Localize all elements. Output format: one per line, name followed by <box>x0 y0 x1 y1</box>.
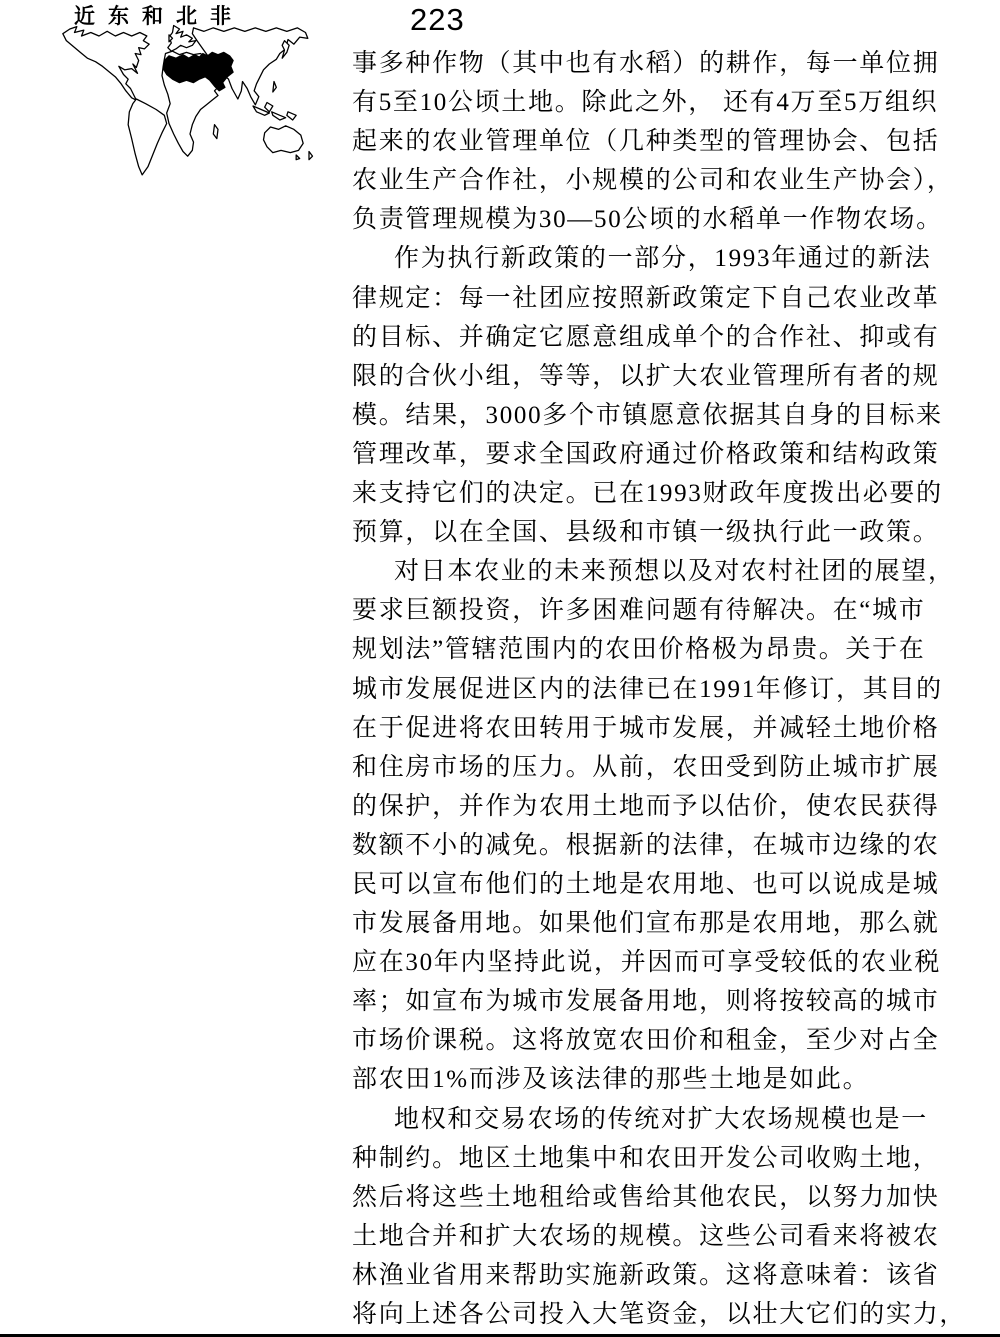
map-new-guinea <box>287 112 296 120</box>
text-line: 来支持它们的决定。已在1993财政年度拨出必要的 <box>352 474 962 513</box>
text-line: 有5至10公顷土地。除此之外， 还有4万至5万组织 <box>352 83 962 122</box>
text-line: 预算，以在全国、县级和市镇一级执行此一政策。 <box>352 513 962 552</box>
text-line: 数额不小的减免。根据新的法律，在城市边缘的农 <box>352 826 962 865</box>
text-line: 规划法”管辖范围内的农田价格极为昂贵。关于在 <box>352 630 962 669</box>
text-line: 律规定：每一社团应按照新政策定下自己农业改革 <box>352 279 962 318</box>
page-number: 223 <box>410 2 465 38</box>
map-borneo <box>265 103 273 112</box>
map-tasmania <box>296 155 300 160</box>
text-line: 应在30年内坚持此说，并因而可享受较低的农业税 <box>352 943 962 982</box>
scanned-book-page: 近东和北非 <box>0 0 1000 1337</box>
map-north-america <box>63 27 149 101</box>
world-map-icon <box>28 22 338 197</box>
map-philippines <box>273 82 277 93</box>
text-line: 要求巨额投资，许多困难问题有待解决。在“城市 <box>352 591 962 630</box>
text-line: 部农田1%而涉及该法律的那些土地是如此。 <box>352 1060 962 1099</box>
text-line: 负责管理规模为30—50公顷的水稻单一作物农场。 <box>352 200 962 239</box>
text-line: 然后将这些土地租给或售给其他农民，以努力加快 <box>352 1178 962 1217</box>
text-line: 民可以宣布他们的土地是农用地、也可以说成是城 <box>352 865 962 904</box>
text-line-paragraph-start: 地权和交易农场的传统对扩大农场规模也是一 <box>352 1100 962 1139</box>
map-indonesia-east <box>272 112 286 120</box>
text-line: 市场价课税。这将放宽农田价和租金，至少对占全 <box>352 1021 962 1060</box>
text-line: 将向上述各公司投入大笔资金，以壮大它们的实力， <box>352 1295 962 1334</box>
text-line-paragraph-start: 作为执行新政策的一部分，1993年通过的新法 <box>352 239 962 278</box>
text-line: 率；如宣布为城市发展备用地，则将按较高的城市 <box>352 982 962 1021</box>
text-line: 限的合伙小组，等等，以扩大农业管理所有者的规 <box>352 357 962 396</box>
text-line-paragraph-start: 对日本农业的未来预想以及对农村社团的展望， <box>352 552 962 591</box>
map-australia <box>264 126 304 153</box>
text-line: 林渔业省用来帮助实施新政策。这将意味着：该省 <box>352 1256 962 1295</box>
text-line: 事多种作物（其中也有水稻）的耕作，每一单位拥 <box>352 44 962 83</box>
text-line: 土地合并和扩大农场的规模。这些公司看来将被农 <box>352 1217 962 1256</box>
body-text: 事多种作物（其中也有水稻）的耕作，每一单位拥 有5至10公顷土地。除此之外， 还… <box>352 44 962 1334</box>
text-line: 和住房市场的压力。从前，农田受到防止城市扩展 <box>352 748 962 787</box>
text-line: 城市发展促进区内的法律已在1991年修订，其目的 <box>352 670 962 709</box>
map-new-zealand <box>309 152 313 160</box>
text-line: 种制约。地区土地集中和农田开发公司收购土地， <box>352 1139 962 1178</box>
text-line: 起来的农业管理单位（几种类型的管理协会、包括 <box>352 122 962 161</box>
text-line: 市发展备用地。如果他们宣布那是农用地，那么就 <box>352 904 962 943</box>
map-madagascar <box>213 125 218 139</box>
text-line: 的保护，并作为农用土地而予以估价，使农民获得 <box>352 787 962 826</box>
text-line: 农业生产合作社，小规模的公司和农业生产协会）， <box>352 161 962 200</box>
text-line: 的目标、并确定它愿意组成单个的合作社、抑或有 <box>352 318 962 357</box>
map-south-america <box>128 99 167 175</box>
text-line: 模。结果，3000多个市镇愿意依据其自身的目标来 <box>352 396 962 435</box>
text-line: 在于促进将农田转用于城市发展，并减轻土地价格 <box>352 709 962 748</box>
text-line: 管理改革，要求全国政府通过价格政策和结构政策 <box>352 435 962 474</box>
